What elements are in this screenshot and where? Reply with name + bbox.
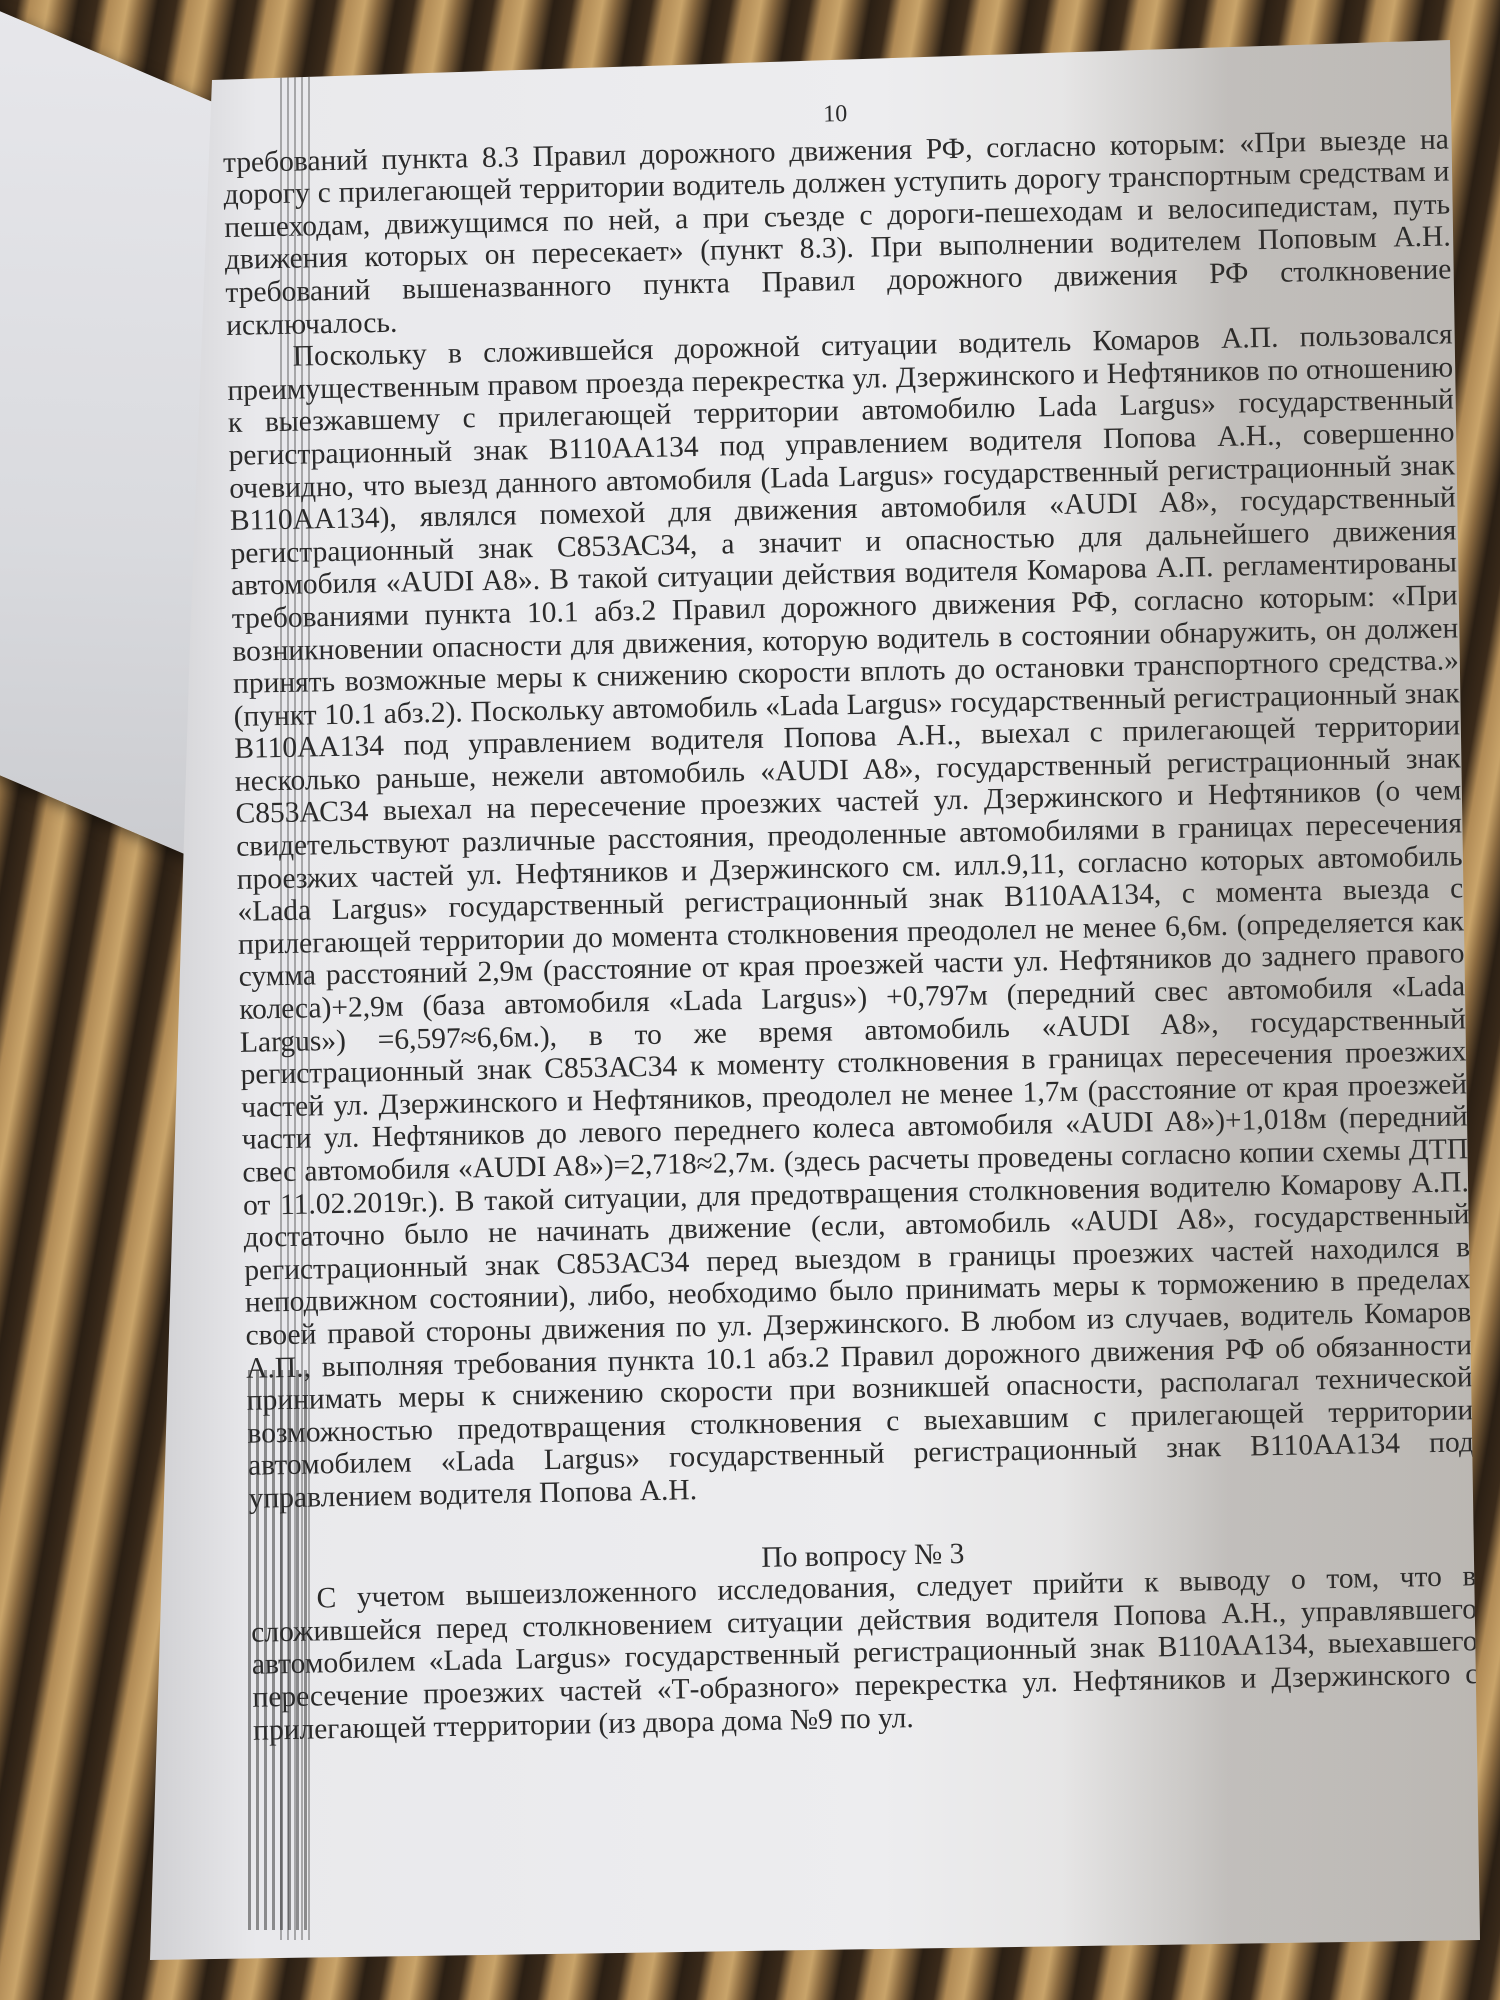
document-page: 10 требований пункта 8.3 Правил дорожног… (150, 40, 1480, 1960)
paragraph-conclusion: С учетом вышеизложенного исследования, с… (250, 1560, 1479, 1746)
page-content: 10 требований пункта 8.3 Правил дорожног… (222, 86, 1479, 1746)
paragraph-continuation: требований пункта 8.3 Правил дорожного д… (223, 123, 1453, 342)
paragraph-analysis: Поскольку в сложившейся дорожной ситуаци… (226, 319, 1474, 1516)
